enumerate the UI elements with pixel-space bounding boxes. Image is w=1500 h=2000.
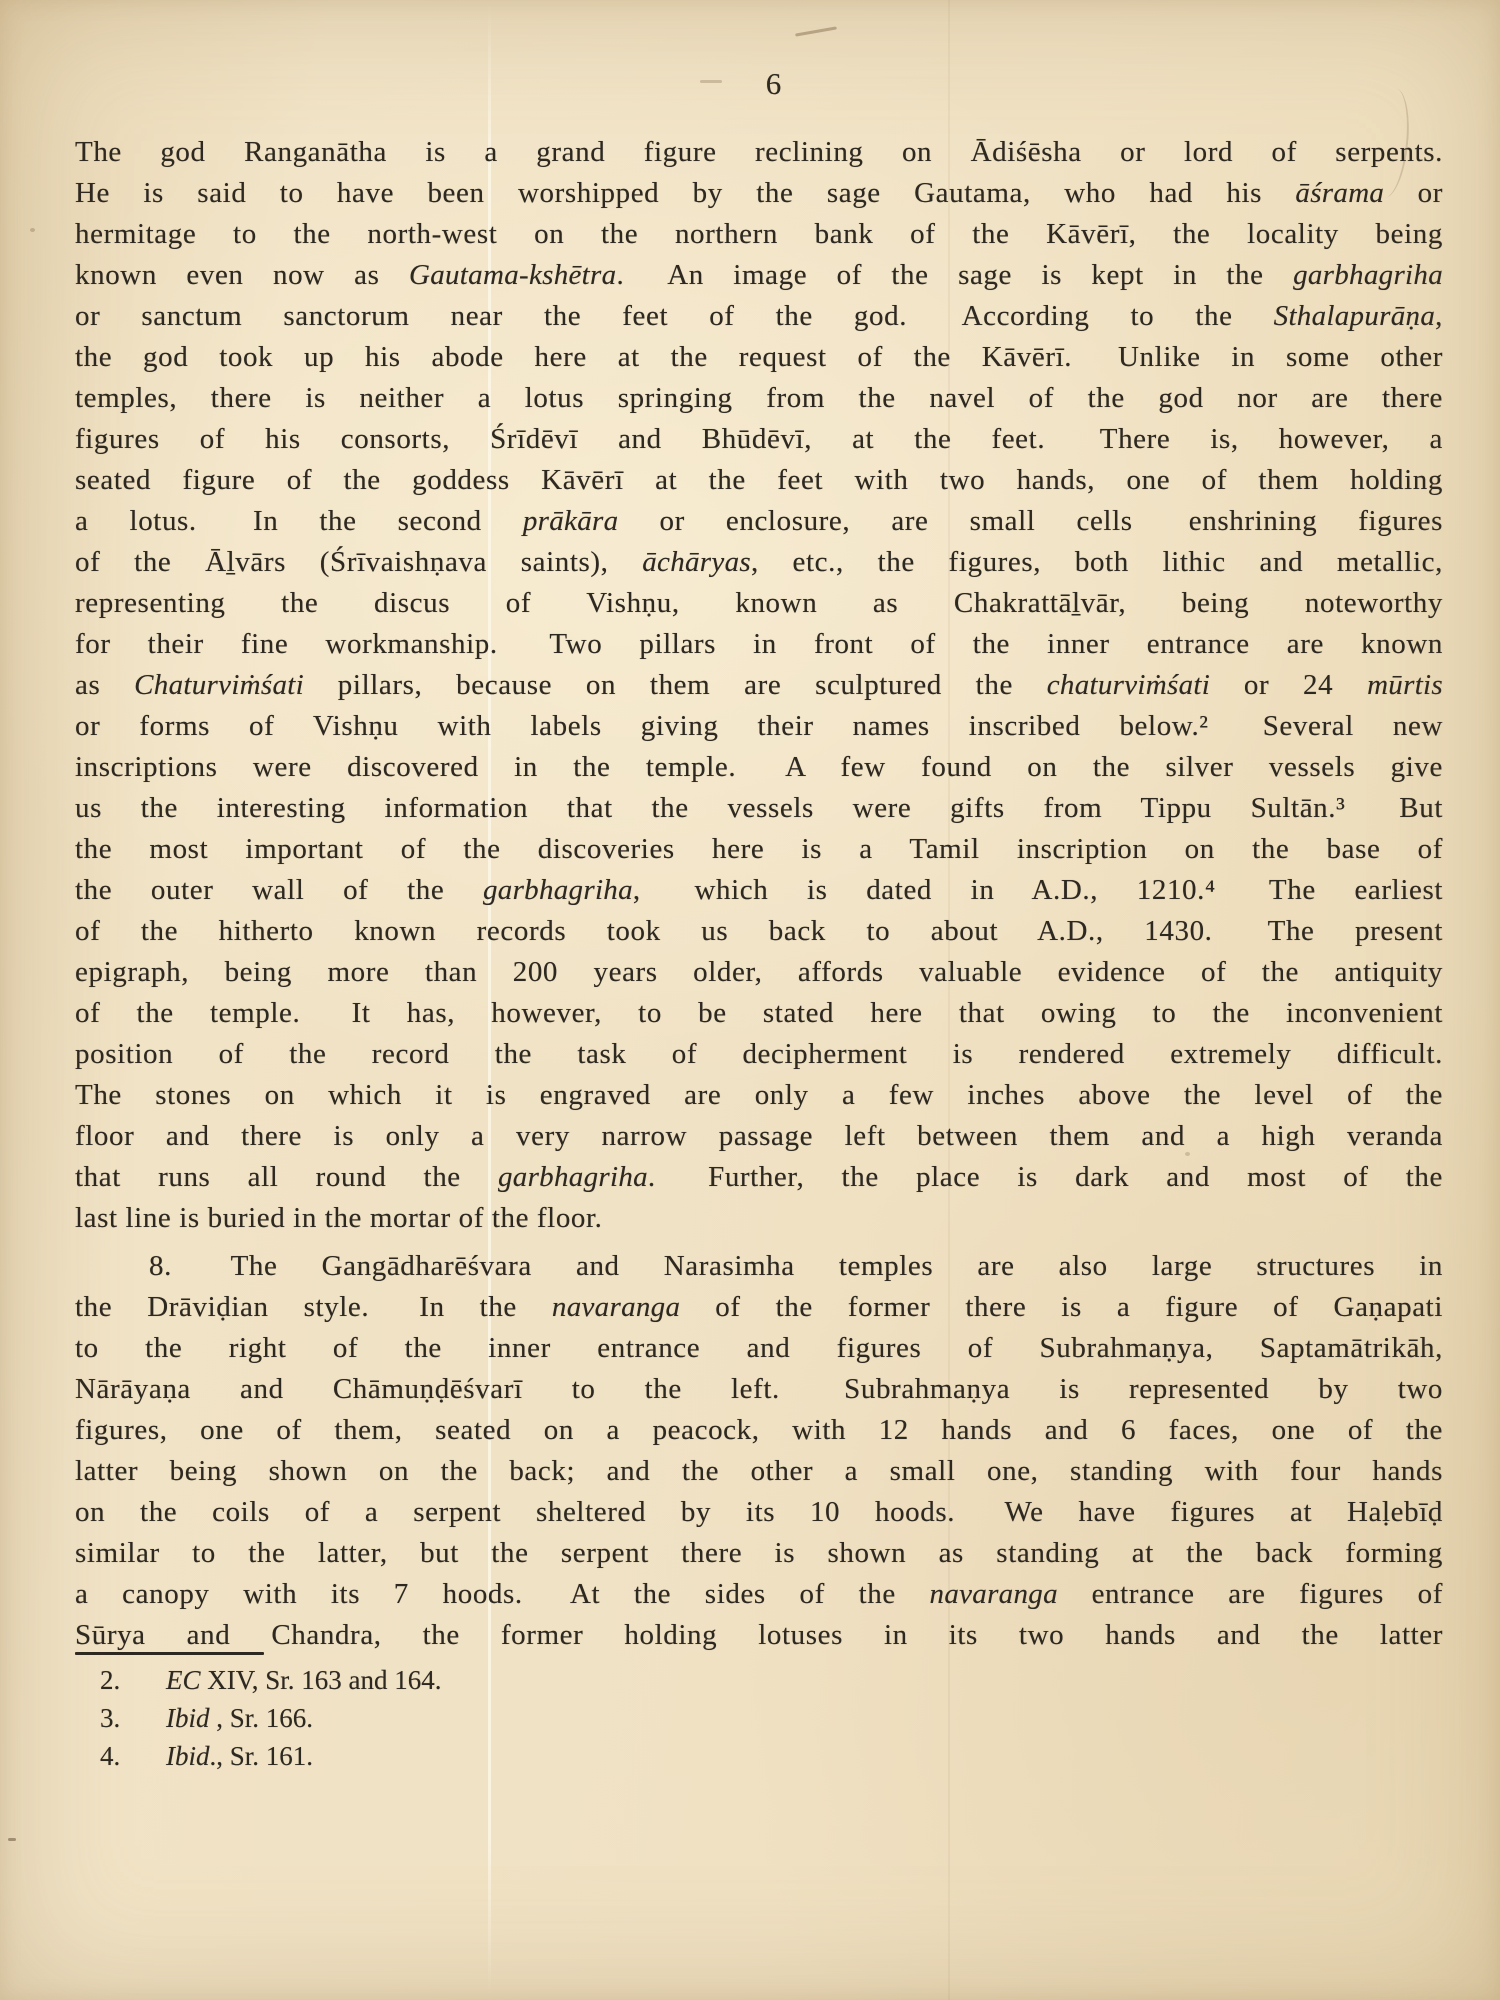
footnote-separator [75, 1652, 264, 1655]
footnote-number: 2. [100, 1661, 166, 1699]
text-line: similar to the latter, but the serpent t… [75, 1533, 1443, 1574]
text-line: that runs all round the garbhagriha. Fur… [75, 1157, 1443, 1198]
text-line: as Chaturviṁśati pillars, because on the… [75, 665, 1443, 706]
text-line: inscriptions were discovered in the temp… [75, 747, 1443, 788]
scratch-mark [795, 26, 837, 36]
text-line: of the temple. It has, however, to be st… [75, 993, 1443, 1034]
footnote-number: 3. [100, 1699, 166, 1737]
paragraph-1: The god Ranganātha is a grand figure rec… [75, 132, 1443, 1239]
page-number: 6 [742, 66, 806, 102]
text-line: the outer wall of the garbhagriha, which… [75, 870, 1443, 911]
footnote-text: Ibid., Sr. 161. [166, 1741, 313, 1771]
text-line: to the right of the inner entrance and f… [75, 1328, 1443, 1369]
text-line: seated figure of the goddess Kāvērī at t… [75, 460, 1443, 501]
text-line: a canopy with its 7 hoods. At the sides … [75, 1574, 1443, 1615]
body-text: The god Ranganātha is a grand figure rec… [75, 132, 1443, 1656]
text-line: epigraph, being more than 200 years olde… [75, 952, 1443, 993]
text-line: 8. The Gangādharēśvara and Narasimha tem… [75, 1246, 1443, 1287]
text-line: floor and there is only a very narrow pa… [75, 1116, 1443, 1157]
text-line: of the Āḻvārs (Śrīvaishṇava saints), āch… [75, 542, 1443, 583]
footnote: 4.Ibid., Sr. 161. [100, 1737, 442, 1775]
footnote-text: Ibid , Sr. 166. [166, 1703, 313, 1733]
text-line: on the coils of a serpent sheltered by i… [75, 1492, 1443, 1533]
text-line: for their fine workmanship. Two pillars … [75, 624, 1443, 665]
text-line: us the interesting information that the … [75, 788, 1443, 829]
text-line: of the hitherto known records took us ba… [75, 911, 1443, 952]
text-line: position of the record the task of decip… [75, 1034, 1443, 1075]
text-line: a lotus. In the second prākāra or enclos… [75, 501, 1443, 542]
text-line: temples, there is neither a lotus spring… [75, 378, 1443, 419]
text-line: the most important of the discoveries he… [75, 829, 1443, 870]
text-line: the god took up his abode here at the re… [75, 337, 1443, 378]
footnote-number: 4. [100, 1737, 166, 1775]
scratch-mark [700, 80, 722, 83]
text-line: figures of his consorts, Śrīdēvī and Bhū… [75, 419, 1443, 460]
text-line: or forms of Vishṇu with labels giving th… [75, 706, 1443, 747]
text-line: latter being shown on the back; and the … [75, 1451, 1443, 1492]
paper-speck [30, 228, 35, 232]
text-line: last line is buried in the mortar of the… [75, 1198, 1443, 1239]
text-line: known even now as Gautama-kshētra. An im… [75, 255, 1443, 296]
book-page: 6 The god Ranganātha is a grand figure r… [0, 0, 1500, 2000]
text-line: hermitage to the north-west on the north… [75, 214, 1443, 255]
text-line: He is said to have been worshipped by th… [75, 173, 1443, 214]
footnote: 3.Ibid , Sr. 166. [100, 1699, 442, 1737]
text-line: Nārāyaṇa and Chāmuṇḍēśvarī to the left. … [75, 1369, 1443, 1410]
footnotes: 2.EC XIV, Sr. 163 and 164.3.Ibid , Sr. 1… [100, 1661, 442, 1775]
text-line: figures, one of them, seated on a peacoc… [75, 1410, 1443, 1451]
footnote-text: EC XIV, Sr. 163 and 164. [166, 1665, 442, 1695]
text-line: The god Ranganātha is a grand figure rec… [75, 132, 1443, 173]
paragraph-2: 8. The Gangādharēśvara and Narasimha tem… [75, 1246, 1443, 1656]
text-line: the Drāviḍian style. In the navaranga of… [75, 1287, 1443, 1328]
text-line: The stones on which it is engraved are o… [75, 1075, 1443, 1116]
text-line: or sanctum sanctorum near the feet of th… [75, 296, 1443, 337]
footnote: 2.EC XIV, Sr. 163 and 164. [100, 1661, 442, 1699]
text-line: Sūrya and Chandra, the former holding lo… [75, 1615, 1443, 1656]
text-line: representing the discus of Vishṇu, known… [75, 583, 1443, 624]
paper-speck [8, 1838, 16, 1841]
